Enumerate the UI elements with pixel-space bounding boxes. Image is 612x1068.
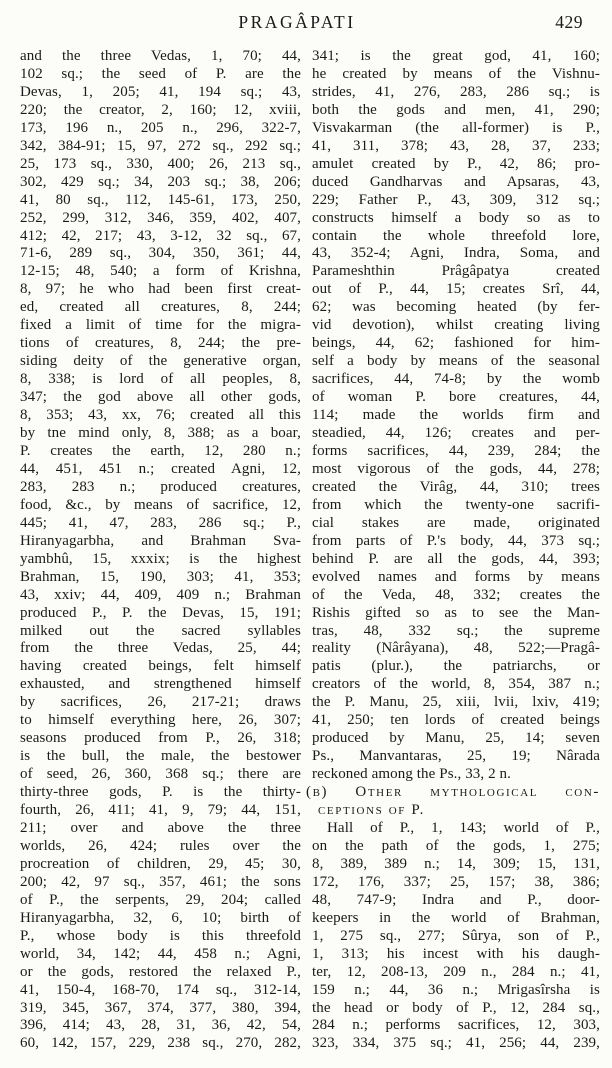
text-line: Hiranyagarbha, and Brahman Sva-	[20, 533, 301, 551]
text-line: seasons produced from P., 26, 318;	[20, 730, 301, 748]
text-line: 341; is the great god, 41, 160;	[312, 48, 600, 66]
text-line: the head or body of P., 12, 284 sq.,	[312, 1000, 600, 1018]
text-line: 114; made the worlds firm and	[312, 407, 600, 425]
text-line: Brahman, 15, 190, 303; 41, 353;	[20, 569, 301, 587]
text-line: Rishis gifted so as to see the Man-	[312, 605, 600, 623]
text-line: 220; the creator, 2, 160; 12, xviii,	[20, 102, 301, 120]
text-line: from which the twenty-one sacrifi-	[312, 497, 600, 515]
text-line: exhausted, and strengthened himself	[20, 676, 301, 694]
text-line: fixed a limit of time for the migra-	[20, 317, 301, 335]
text-line: of the Veda, 48, 332; creates the	[312, 587, 600, 605]
text-line: on the path of the gods, 1, 275;	[312, 838, 600, 856]
text-line: tions of creatures, 8, 244; the pre-	[20, 335, 301, 353]
text-line: 41, 311, 378; 43, 28, 37, 233;	[312, 138, 600, 156]
text-line: duced Gandharvas and Apsaras, 43,	[312, 174, 600, 192]
text-line: having created beings, felt himself	[20, 658, 301, 676]
text-line: 44, 451, 451 n.; created Agni, 12,	[20, 461, 301, 479]
left-column: and the three Vedas, 1, 70; 44,102 sq.; …	[20, 48, 301, 1053]
text-line: fourth, 26, 411; 41, 9, 79; 44, 151,	[20, 802, 301, 820]
text-line: out of P., 44, 15; creates Srî, 44,	[312, 281, 600, 299]
text-line: 71-6, 289 sq., 304, 350, 361; 44,	[20, 245, 301, 263]
text-line: most vigorous of the gods, 44, 278;	[312, 461, 600, 479]
text-line: 173, 196 n., 205 n., 296, 322-7,	[20, 120, 301, 138]
text-line: from the three Vedas, 25, 44;	[20, 640, 301, 658]
text-line: ceptions of P.	[312, 802, 600, 820]
text-line: 445; 41, 47, 283, 286 sq.; P.,	[20, 515, 301, 533]
text-line: 62; was becoming heated (by fer-	[312, 299, 600, 317]
text-line: to himself everything here, 26, 307;	[20, 712, 301, 730]
text-line: is the bull, the male, the bestower	[20, 748, 301, 766]
text-line: of P., the serpents, 29, 204; called	[20, 892, 301, 910]
text-line: 284 n.; performs sacrifices, 12, 303,	[312, 1017, 600, 1035]
text-line: 200; 42, 97 sq., 357, 461; the sons	[20, 874, 301, 892]
text-line: he created by means of the Vishnu-	[312, 66, 600, 84]
text-line: created the Virâg, 44, 310; trees	[312, 479, 600, 497]
text-line: produced P., P. the Devas, 15, 191;	[20, 605, 301, 623]
text-line: 48, 747-9; Indra and P., door-	[312, 892, 600, 910]
text-line: thirty-three gods, P. is the thirty-	[20, 784, 301, 802]
text-line: 41, 250; ten lords of created beings	[312, 712, 600, 730]
text-line: 8, 353; 43, xx, 76; created all this	[20, 407, 301, 425]
text-line: 8, 338; is lord of all peoples, 8,	[20, 371, 301, 389]
text-line: Visvakarman (the all-former) is P.,	[312, 120, 600, 138]
text-line: 172, 176, 337; 25, 157; 38, 386;	[312, 874, 600, 892]
text-line: vid devotion), whilst creating living	[312, 317, 600, 335]
text-line: Devas, 1, 205; 41, 194 sq.; 43,	[20, 84, 301, 102]
text-line: of woman P. bore creatures, 44,	[312, 389, 600, 407]
text-line: both the gods and men, 41, 290;	[312, 102, 600, 120]
text-line: tras, 48, 332 sq.; the supreme	[312, 623, 600, 641]
text-line: ter, 12, 208-13, 209 n., 284 n.; 41,	[312, 964, 600, 982]
text-line: milked out the sacred syllables	[20, 623, 301, 641]
text-line: 1, 313; his incest with his daugh-	[312, 946, 600, 964]
text-line: 43, 352-4; Agni, Indra, Soma, and	[312, 245, 600, 263]
text-line: 41, 150-4, 168-70, 174 sq., 312-14,	[20, 982, 301, 1000]
text-line: forms sacrifices, 44, 239, 284; the	[312, 443, 600, 461]
text-line: world, 34, 142; 44, 458 n.; Agni,	[20, 946, 301, 964]
text-line: by sacrifices, 26, 217-21; draws	[20, 694, 301, 712]
text-line: procreation of children, 29, 45; 30,	[20, 856, 301, 874]
text-line: 41, 80 sq., 112, 145-61, 173, 250,	[20, 192, 301, 210]
text-line: 102 sq.; the seed of P. are the	[20, 66, 301, 84]
text-line: yambhû, 15, xxxix; is the highest	[20, 551, 301, 569]
text-line: Ps., Manvantaras, 25, 19; Nârada	[312, 748, 600, 766]
book-page: PRAGÂPATI 429 and the three Vedas, 1, 70…	[0, 0, 612, 1068]
text-line: 342, 384-91; 15, 97, 272 sq., 292 sq.;	[20, 138, 301, 156]
right-column: 341; is the great god, 41, 160;he create…	[312, 48, 600, 1053]
text-line: constructs himself a body so as to	[312, 210, 600, 228]
text-line: ed, created all creatures, 8, 244;	[20, 299, 301, 317]
text-line: strides, 41, 276, 283, 286 sq.; is	[312, 84, 600, 102]
text-line: 211; over and above the three	[20, 820, 301, 838]
text-line: 159 n.; 44, 36 n.; Mrigasîrsha is	[312, 982, 600, 1000]
text-line: 12-15; 48, 540; a form of Krishna,	[20, 263, 301, 281]
text-line: reality (Nârâyana), 48, 522;—Pragâ-	[312, 640, 600, 658]
text-line: Hiranyagarbha, 32, 6, 10; birth of	[20, 910, 301, 928]
text-line: 319, 345, 367, 374, 377, 380, 394,	[20, 1000, 301, 1018]
text-line: 8, 97; he who had been first creat-	[20, 281, 301, 299]
text-line: amulet created by P., 42, 86; pro-	[312, 156, 600, 174]
text-line: 412; 42, 217; 43, 3-12, 32 sq., 67,	[20, 228, 301, 246]
text-line: (b) Other mythological con-	[312, 784, 600, 802]
text-line: 60, 142, 157, 229, 238 sq., 270, 282,	[20, 1035, 301, 1053]
text-line: and the three Vedas, 1, 70; 44,	[20, 48, 301, 66]
text-line: cial stakes are made, originated	[312, 515, 600, 533]
text-line: food, &c., by means of sacrifice, 12,	[20, 497, 301, 515]
text-line: 283, 283 n.; produced creatures,	[20, 479, 301, 497]
text-line: the P. Manu, 25, xiii, lvii, lxiv, 419;	[312, 694, 600, 712]
text-line: produced by Manu, 25, 14; seven	[312, 730, 600, 748]
text-line: contain the whole threefold lore,	[312, 228, 600, 246]
text-line: of seed, 26, 360, 368 sq.; there are	[20, 766, 301, 784]
text-line: 8, 389, 389 n.; 14, 309; 15, 131,	[312, 856, 600, 874]
text-line: 396, 414; 43, 28, 31, 36, 42, 54,	[20, 1017, 301, 1035]
page-title: PRAGÂPATI	[20, 12, 574, 33]
text-line: 43, xxiv; 44, 409, 409 n.; Brahman	[20, 587, 301, 605]
text-line: siding deity of the generative organ,	[20, 353, 301, 371]
text-line: sacrifices, 44, 74-8; by the womb	[312, 371, 600, 389]
text-line: 252, 299, 312, 346, 359, 402, 407,	[20, 210, 301, 228]
text-line: P., whose body is this threefold	[20, 928, 301, 946]
running-head: PRAGÂPATI 429	[20, 12, 600, 36]
index-columns: and the three Vedas, 1, 70; 44,102 sq.; …	[20, 48, 600, 1053]
text-line: 1, 275 sq., 277; Sûrya, son of P.,	[312, 928, 600, 946]
text-line: 347; the god above all other gods,	[20, 389, 301, 407]
text-line: Hall of P., 1, 143; world of P.,	[312, 820, 600, 838]
text-line: from parts of P.'s body, 44, 373 sq.;	[312, 533, 600, 551]
text-line: evolved names and forms by means	[312, 569, 600, 587]
text-line: 25, 173 sq., 330, 400; 26, 213 sq.,	[20, 156, 301, 174]
text-line: self a body by means of the seasonal	[312, 353, 600, 371]
text-line: 229; Father P., 43, 309, 312 sq.;	[312, 192, 600, 210]
text-line: P. creates the earth, 12, 280 n.;	[20, 443, 301, 461]
text-line: beings, 44, 62; fashioned for him-	[312, 335, 600, 353]
text-line: or the gods, restored the relaxed P.,	[20, 964, 301, 982]
text-line: by tne mind only, 8, 388; as a boar,	[20, 425, 301, 443]
text-line: behind P. are all the gods, 44, 393;	[312, 551, 600, 569]
text-line: Parameshthin Prâgâpatya created	[312, 263, 600, 281]
text-line: 323, 334, 375 sq.; 41, 256; 44, 239,	[312, 1035, 600, 1053]
text-line: steadied, 44, 126; creates and per-	[312, 425, 600, 443]
text-line: reckoned among the Ps., 33, 2 n.	[312, 766, 600, 784]
page-number: 429	[555, 12, 583, 33]
text-line: patis (plur.), the patriarchs, or	[312, 658, 600, 676]
text-line: worlds, 26, 424; rules over the	[20, 838, 301, 856]
text-line: keepers in the world of Brahman,	[312, 910, 600, 928]
text-line: 302, 429 sq.; 34, 203 sq.; 38, 206;	[20, 174, 301, 192]
text-line: creators of the world, 8, 354, 387 n.;	[312, 676, 600, 694]
